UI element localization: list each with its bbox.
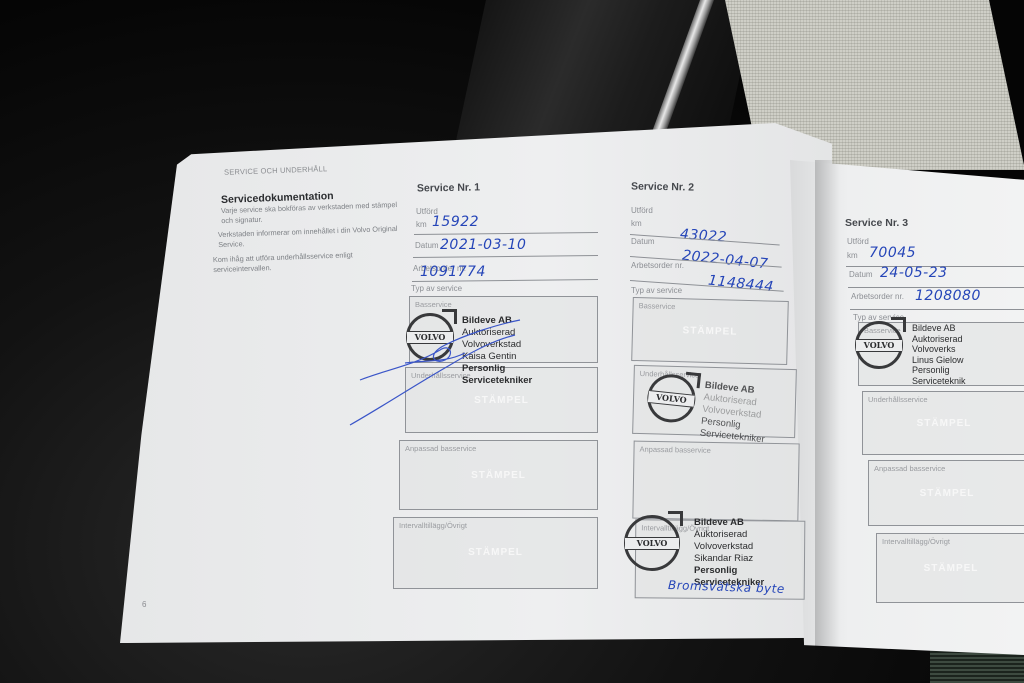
maintenance-service-label: Underhållsservice (868, 395, 928, 404)
basic-service-label: Basservice (639, 301, 676, 311)
service-3-maintenance-box: Underhållsservice STÄMPEL (862, 391, 1024, 455)
date-label: Datum (415, 241, 439, 250)
km-label: km (631, 219, 642, 228)
km-label: km (416, 220, 427, 229)
stamp-role: Personlig Serviceteknik (912, 365, 966, 386)
stamp-placeholder: STÄMPEL (633, 324, 787, 339)
km-label: km (847, 251, 858, 260)
stamp-technician: Sikandar Riaz (694, 553, 764, 565)
book-spine-shadow (815, 160, 840, 650)
service-1-title: Service Nr. 1 (417, 181, 480, 194)
service-3-km-value: 70045 (869, 245, 916, 261)
interval-label: Intervalltillägg/Övrigt (399, 521, 467, 530)
service-2-title: Service Nr. 2 (631, 180, 694, 193)
work-order-label: Arbetsorder nr. (851, 292, 904, 301)
service-2-km-value: 43022 (679, 226, 727, 245)
service-3-custom-box: Anpassad basservice STÄMPEL (868, 460, 1024, 526)
stamp-placeholder: STÄMPEL (869, 488, 1024, 499)
service-1-custom-box: Anpassad basservice STÄMPEL (399, 440, 598, 510)
custom-service-label: Anpassad basservice (639, 445, 710, 455)
stamp-authorization: Auktoriserad Volvoverks (912, 334, 966, 355)
stamp-company: Bildeve AB (694, 517, 764, 529)
performed-label: Utförd (847, 237, 869, 246)
date-label: Datum (631, 237, 655, 246)
interval-label: Intervalltillägg/Övrigt (882, 537, 950, 546)
service-3-date-value: 24-05-23 (880, 265, 948, 281)
service-3-title: Service Nr. 3 (845, 217, 908, 229)
stamp-placeholder: STÄMPEL (400, 470, 597, 481)
service-1-date-value: 2021-03-10 (440, 237, 526, 253)
service-3-work-order-value: 1208080 (915, 288, 981, 304)
service-1-work-order-value: 1091774 (420, 264, 486, 280)
volvo-logo-icon: VOLVO (855, 321, 903, 369)
stamp-placeholder: STÄMPEL (863, 418, 1024, 429)
date-label: Datum (849, 270, 873, 279)
floor-mat-corner (930, 650, 1024, 683)
custom-service-label: Anpassad basservice (405, 444, 476, 453)
service-2-basic-box: Basservice STÄMPEL (631, 297, 789, 365)
page-number: 6 (142, 600, 146, 609)
stamp-placeholder: STÄMPEL (394, 547, 597, 558)
service-1-km-value: 15922 (432, 214, 479, 230)
stamp-placeholder: STÄMPEL (877, 563, 1024, 574)
volvo-logo-icon: VOLVO (624, 515, 680, 571)
stamp-technician: Linus Gielow (912, 355, 966, 366)
custom-service-label: Anpassad basservice (874, 464, 945, 473)
service-3-interval-box: Intervalltillägg/Övrigt STÄMPEL (876, 533, 1024, 603)
service-1-signature (345, 315, 525, 435)
basic-service-label: Basservice (415, 300, 452, 309)
service-2-custom-box: Anpassad basservice (632, 441, 799, 522)
service-type-label: Typ av service (631, 286, 682, 295)
performed-label: Utförd (631, 206, 653, 215)
work-order-label: Arbetsorder nr. (631, 261, 684, 270)
stamp-authorization: Auktoriserad Volvoverkstad (694, 529, 764, 553)
service-1-interval-box: Intervalltillägg/Övrigt STÄMPEL (393, 517, 598, 589)
stamp-company: Bildeve AB (912, 323, 966, 334)
work-order-line (850, 309, 1024, 310)
service-type-label: Typ av service (411, 284, 462, 293)
